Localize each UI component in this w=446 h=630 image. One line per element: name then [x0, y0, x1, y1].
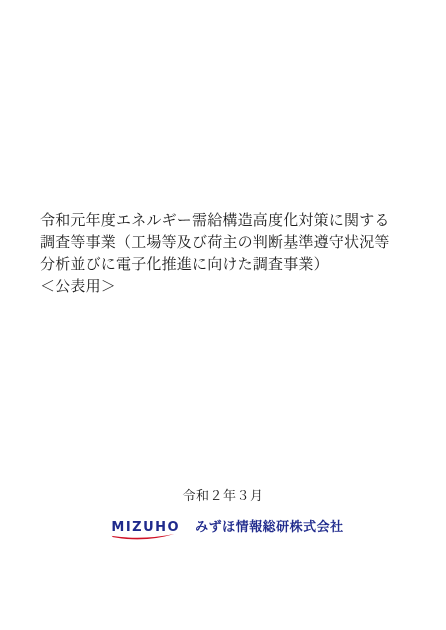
mizuho-logo-text: MIZUHO [111, 522, 180, 533]
company-name: みずほ情報総研株式会社 [195, 519, 344, 537]
publisher-block: MIZUHO みずほ情報総研株式会社 [9, 519, 446, 541]
report-title-line-2: 調査等事業（工場等及び荷主の判断基準遵守状況等 [40, 231, 410, 253]
report-title-line-3: 分析並びに電子化推進に向けた調査事業） [40, 253, 410, 275]
report-cover-page: 令和元年度エネルギー需給構造高度化対策に関する 調査等事業（工場等及び荷主の判断… [0, 0, 446, 630]
publication-date: 令和２年３月 [0, 485, 446, 504]
mizuho-logo: MIZUHO [111, 519, 180, 541]
mizuho-swoosh-icon [111, 534, 175, 541]
report-title: 令和元年度エネルギー需給構造高度化対策に関する 調査等事業（工場等及び荷主の判断… [40, 209, 410, 297]
report-title-line-1: 令和元年度エネルギー需給構造高度化対策に関する [40, 209, 410, 231]
report-title-line-4: ＜公表用＞ [40, 275, 410, 297]
